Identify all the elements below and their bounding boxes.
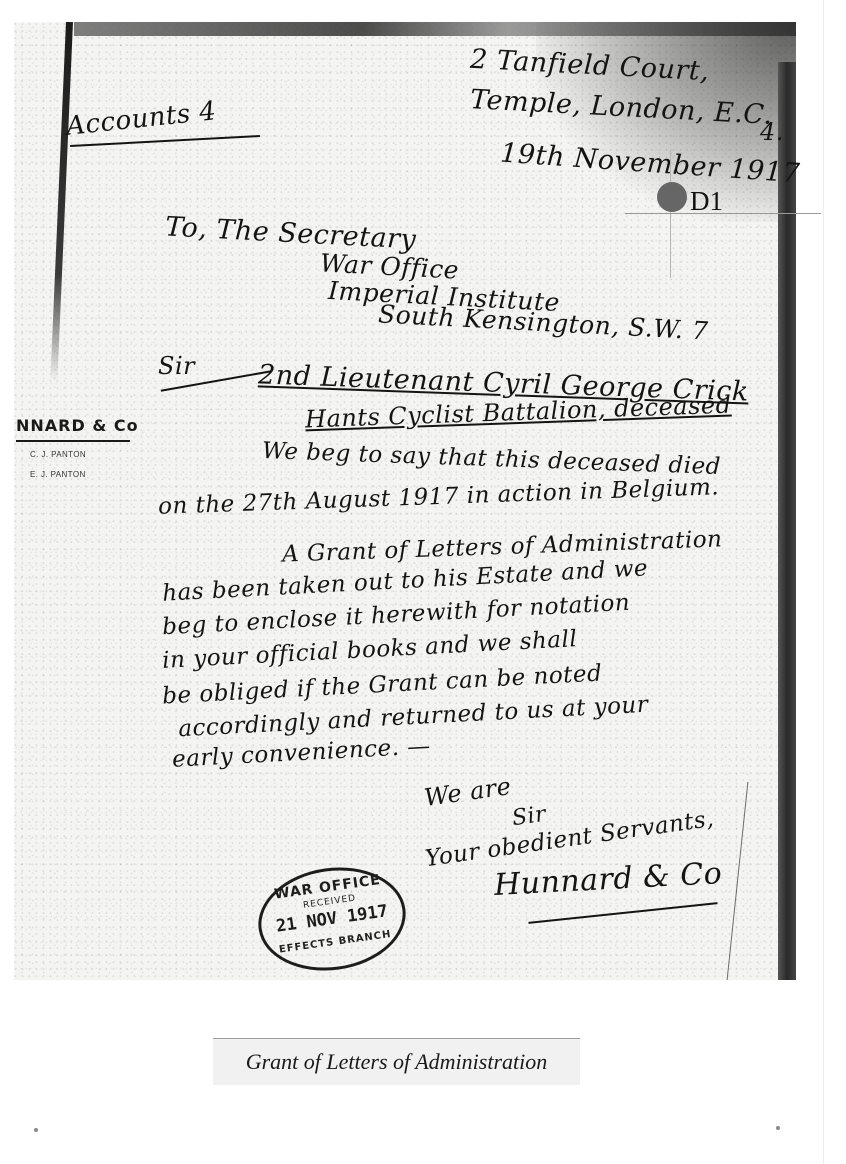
page-fold	[727, 782, 779, 980]
page-edge	[823, 0, 824, 1164]
scan-speck	[776, 1126, 780, 1130]
caption-box: Grant of Letters of Administration	[213, 1038, 580, 1085]
marker-crosshair-vertical	[670, 150, 671, 278]
scan-speck	[34, 1128, 38, 1132]
letterhead-firm-name: NNARD & Co	[16, 416, 139, 435]
document-label: D1	[690, 186, 723, 217]
scan-right-shadow	[778, 62, 796, 980]
marker-dot-icon	[657, 182, 687, 212]
closing-line-2: Sir	[510, 802, 547, 832]
caption-text: Grant of Letters of Administration	[213, 1049, 580, 1075]
letterhead-partner: E. J. PANTON	[30, 470, 86, 479]
marker-crosshair-horizontal	[625, 213, 821, 214]
letterhead-rule	[16, 440, 130, 442]
scan-left-binding	[50, 22, 73, 382]
sender-address-line-3: 4.	[760, 118, 784, 146]
letterhead-partner: C. J. PANTON	[30, 450, 86, 459]
salutation: Sir	[158, 352, 195, 380]
